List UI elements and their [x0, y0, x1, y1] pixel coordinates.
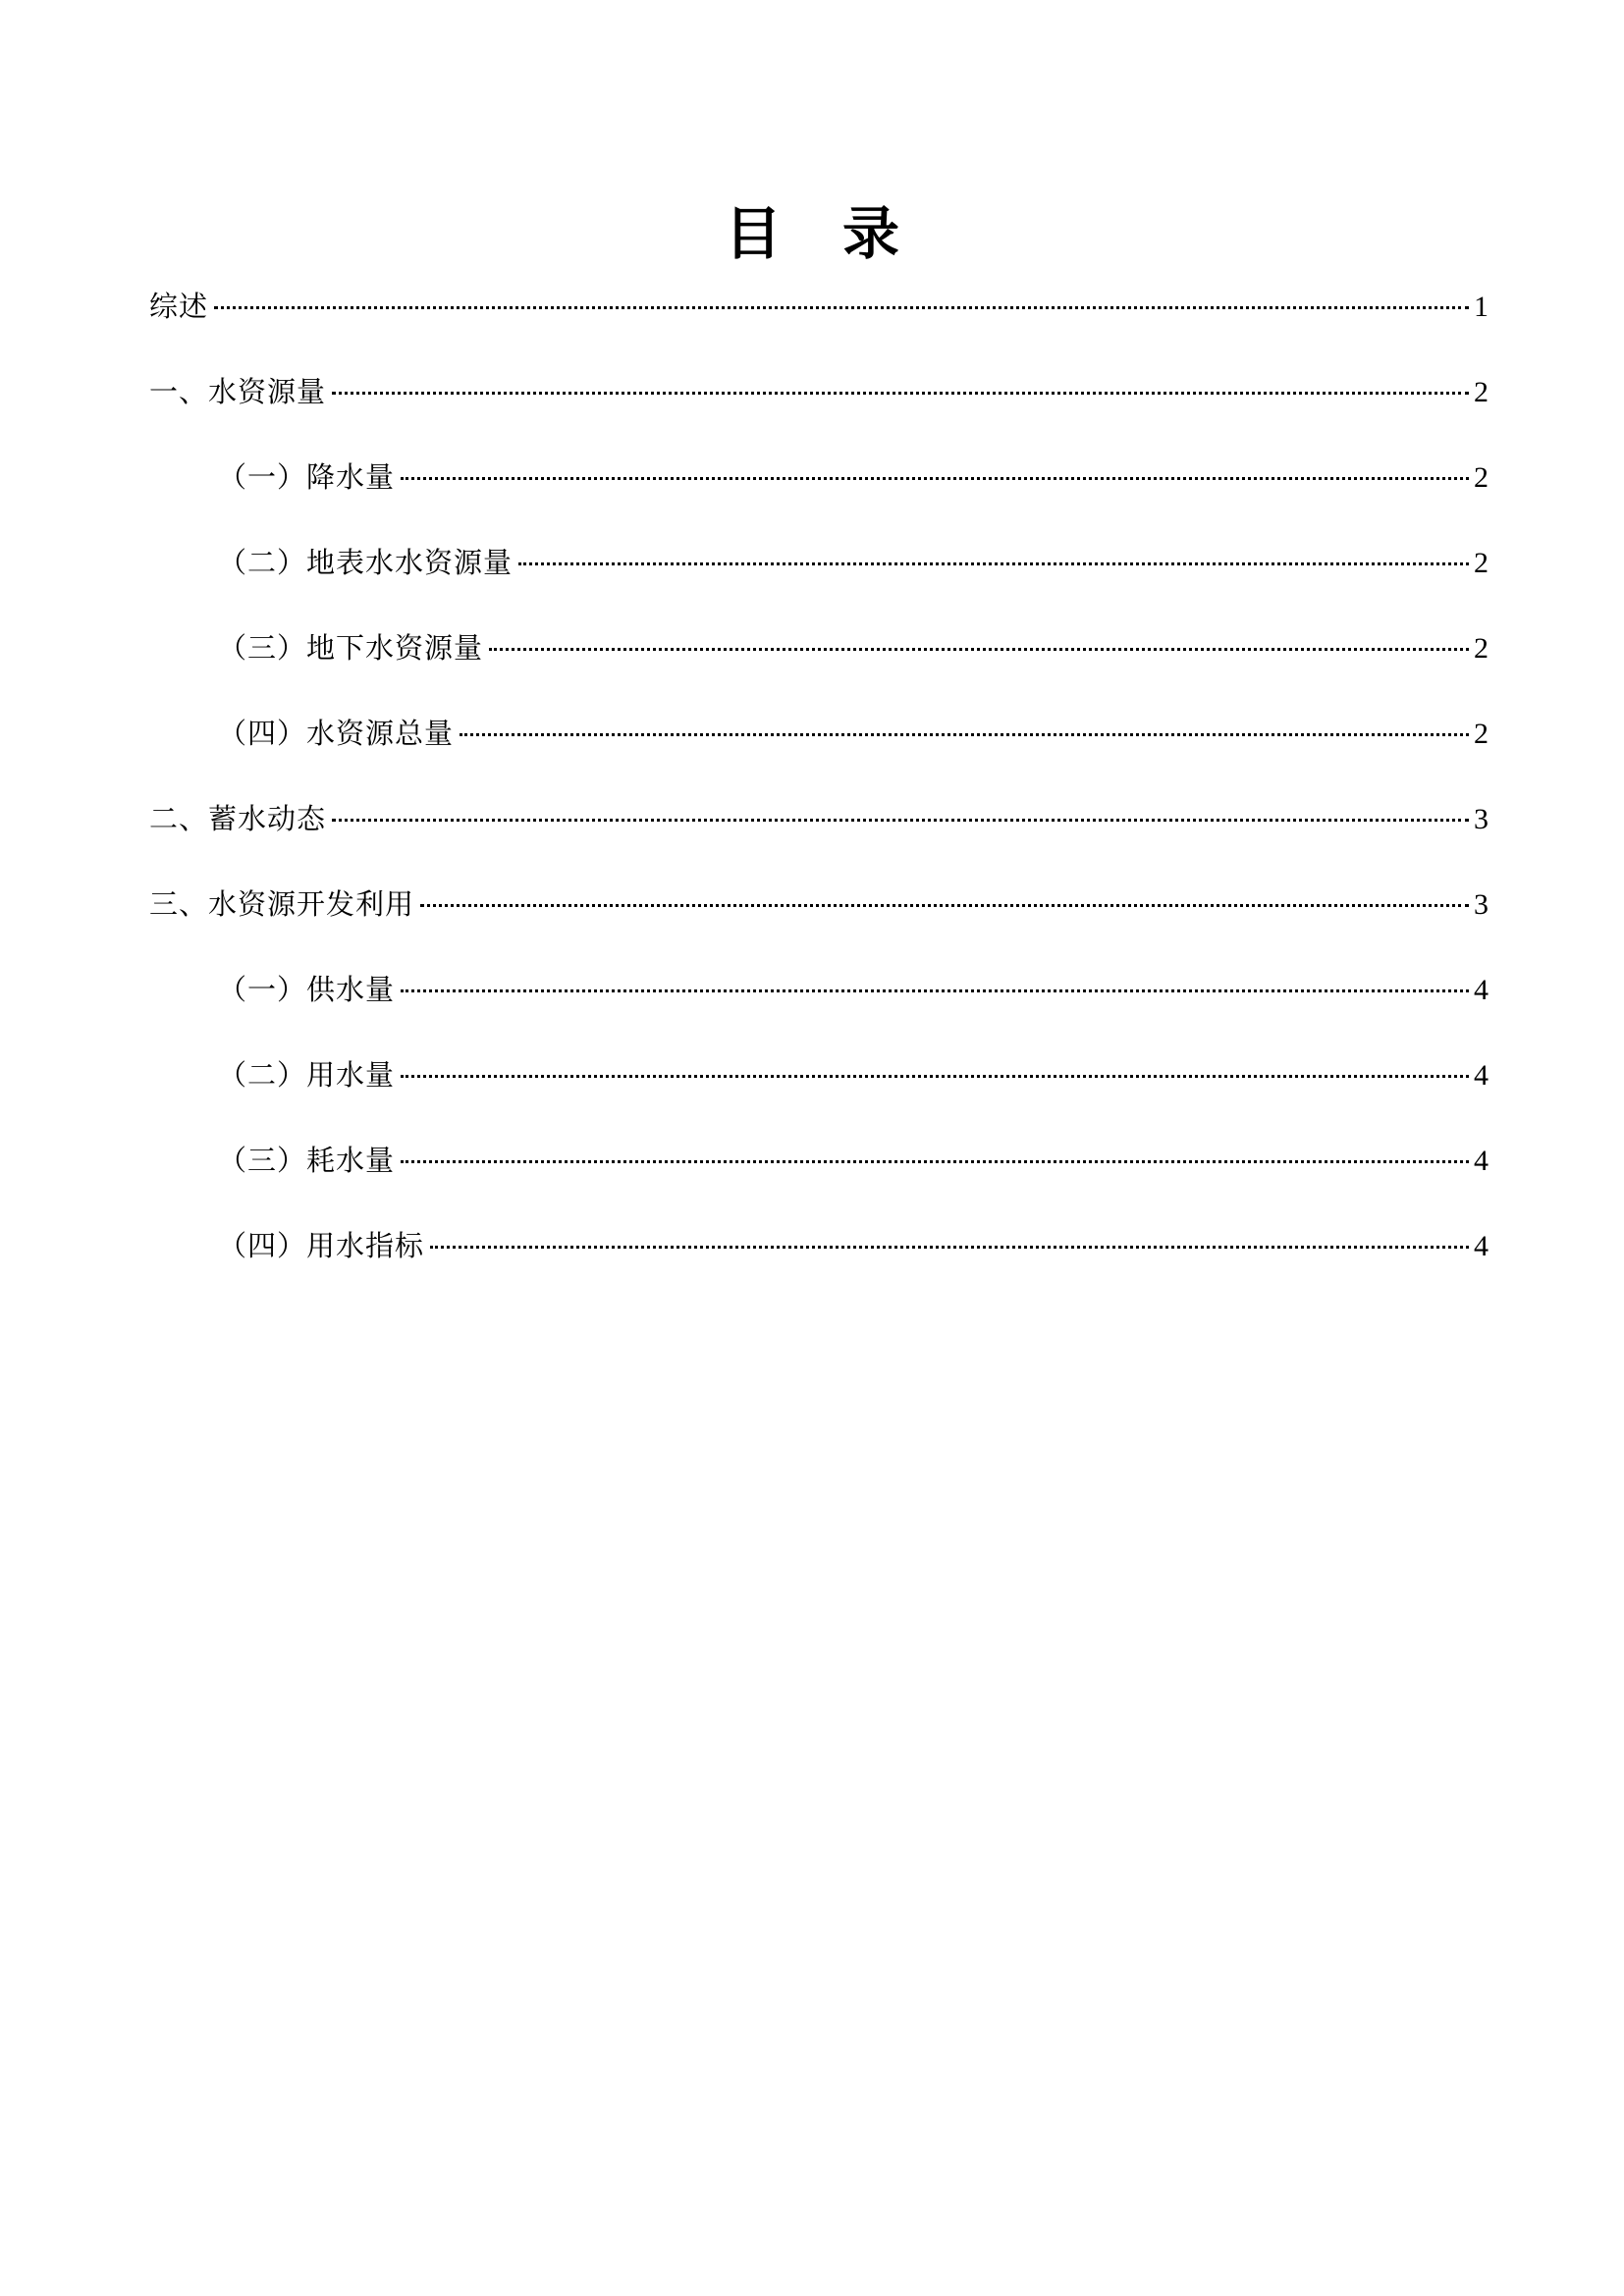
- toc-entry-water-resources[interactable]: 一、水资源量 2: [149, 370, 1489, 455]
- dot-leader: [214, 306, 1469, 309]
- dot-leader: [401, 1160, 1469, 1163]
- toc-entry-label: （四）用水指标: [218, 1224, 424, 1267]
- toc-page-number: 2: [1473, 456, 1489, 500]
- toc-entry-water-use-indicators[interactable]: （四）用水指标 4: [149, 1224, 1489, 1309]
- toc-page-number: 2: [1473, 713, 1489, 756]
- dot-leader: [401, 989, 1469, 992]
- toc-entry-development-utilization[interactable]: 三、水资源开发利用 3: [149, 882, 1489, 968]
- toc-entry-groundwater[interactable]: （三）地下水资源量 2: [149, 626, 1489, 712]
- toc-entry-label: （三）耗水量: [218, 1139, 395, 1182]
- toc-entry-label: 一、水资源量: [149, 370, 326, 413]
- toc-page-number: 2: [1473, 542, 1489, 585]
- toc-page-number: 4: [1473, 1054, 1489, 1097]
- page-title: 目录: [0, 194, 1624, 273]
- dot-leader: [401, 477, 1469, 480]
- toc-page-number: 4: [1473, 969, 1489, 1012]
- toc-entry-surface-water[interactable]: （二）地表水水资源量 2: [149, 541, 1489, 626]
- dot-leader: [332, 819, 1469, 822]
- toc-entry-water-use[interactable]: （二）用水量 4: [149, 1053, 1489, 1139]
- dot-leader: [420, 904, 1469, 907]
- toc-entry-label: 三、水资源开发利用: [149, 882, 414, 926]
- toc-page-number: 1: [1473, 286, 1489, 329]
- toc-entry-label: （四）水资源总量: [218, 712, 454, 755]
- dot-leader: [489, 648, 1469, 651]
- toc-entry-label: （二）用水量: [218, 1053, 395, 1096]
- dot-leader: [430, 1246, 1469, 1249]
- dot-leader: [401, 1075, 1469, 1078]
- table-of-contents: 综述 1 一、水资源量 2 （一）降水量 2 （二）地表水水资源量 2 （三）地…: [149, 285, 1489, 1309]
- toc-page-number: 2: [1473, 371, 1489, 414]
- toc-entry-label: （三）地下水资源量: [218, 626, 483, 669]
- toc-entry-label: 综述: [149, 285, 208, 328]
- toc-entry-label: （二）地表水水资源量: [218, 541, 513, 584]
- toc-entry-label: （一）供水量: [218, 968, 395, 1011]
- dot-leader: [460, 733, 1469, 736]
- toc-entry-total-water[interactable]: （四）水资源总量 2: [149, 712, 1489, 797]
- toc-page-number: 3: [1473, 883, 1489, 927]
- page-title-char-1: 目: [725, 194, 782, 273]
- toc-page-number: 4: [1473, 1225, 1489, 1268]
- toc-entry-precipitation[interactable]: （一）降水量 2: [149, 455, 1489, 541]
- toc-entry-water-supply[interactable]: （一）供水量 4: [149, 968, 1489, 1053]
- toc-entry-overview[interactable]: 综述 1: [149, 285, 1489, 370]
- dot-leader: [332, 392, 1469, 395]
- toc-entry-label: （一）降水量: [218, 455, 395, 499]
- toc-entry-label: 二、蓄水动态: [149, 797, 326, 840]
- toc-page-number: 2: [1473, 627, 1489, 670]
- dot-leader: [518, 562, 1469, 565]
- toc-entry-storage-dynamics[interactable]: 二、蓄水动态 3: [149, 797, 1489, 882]
- toc-entry-water-consumption[interactable]: （三）耗水量 4: [149, 1139, 1489, 1224]
- page-title-char-2: 录: [842, 194, 899, 273]
- toc-page-number: 3: [1473, 798, 1489, 841]
- toc-page-number: 4: [1473, 1140, 1489, 1183]
